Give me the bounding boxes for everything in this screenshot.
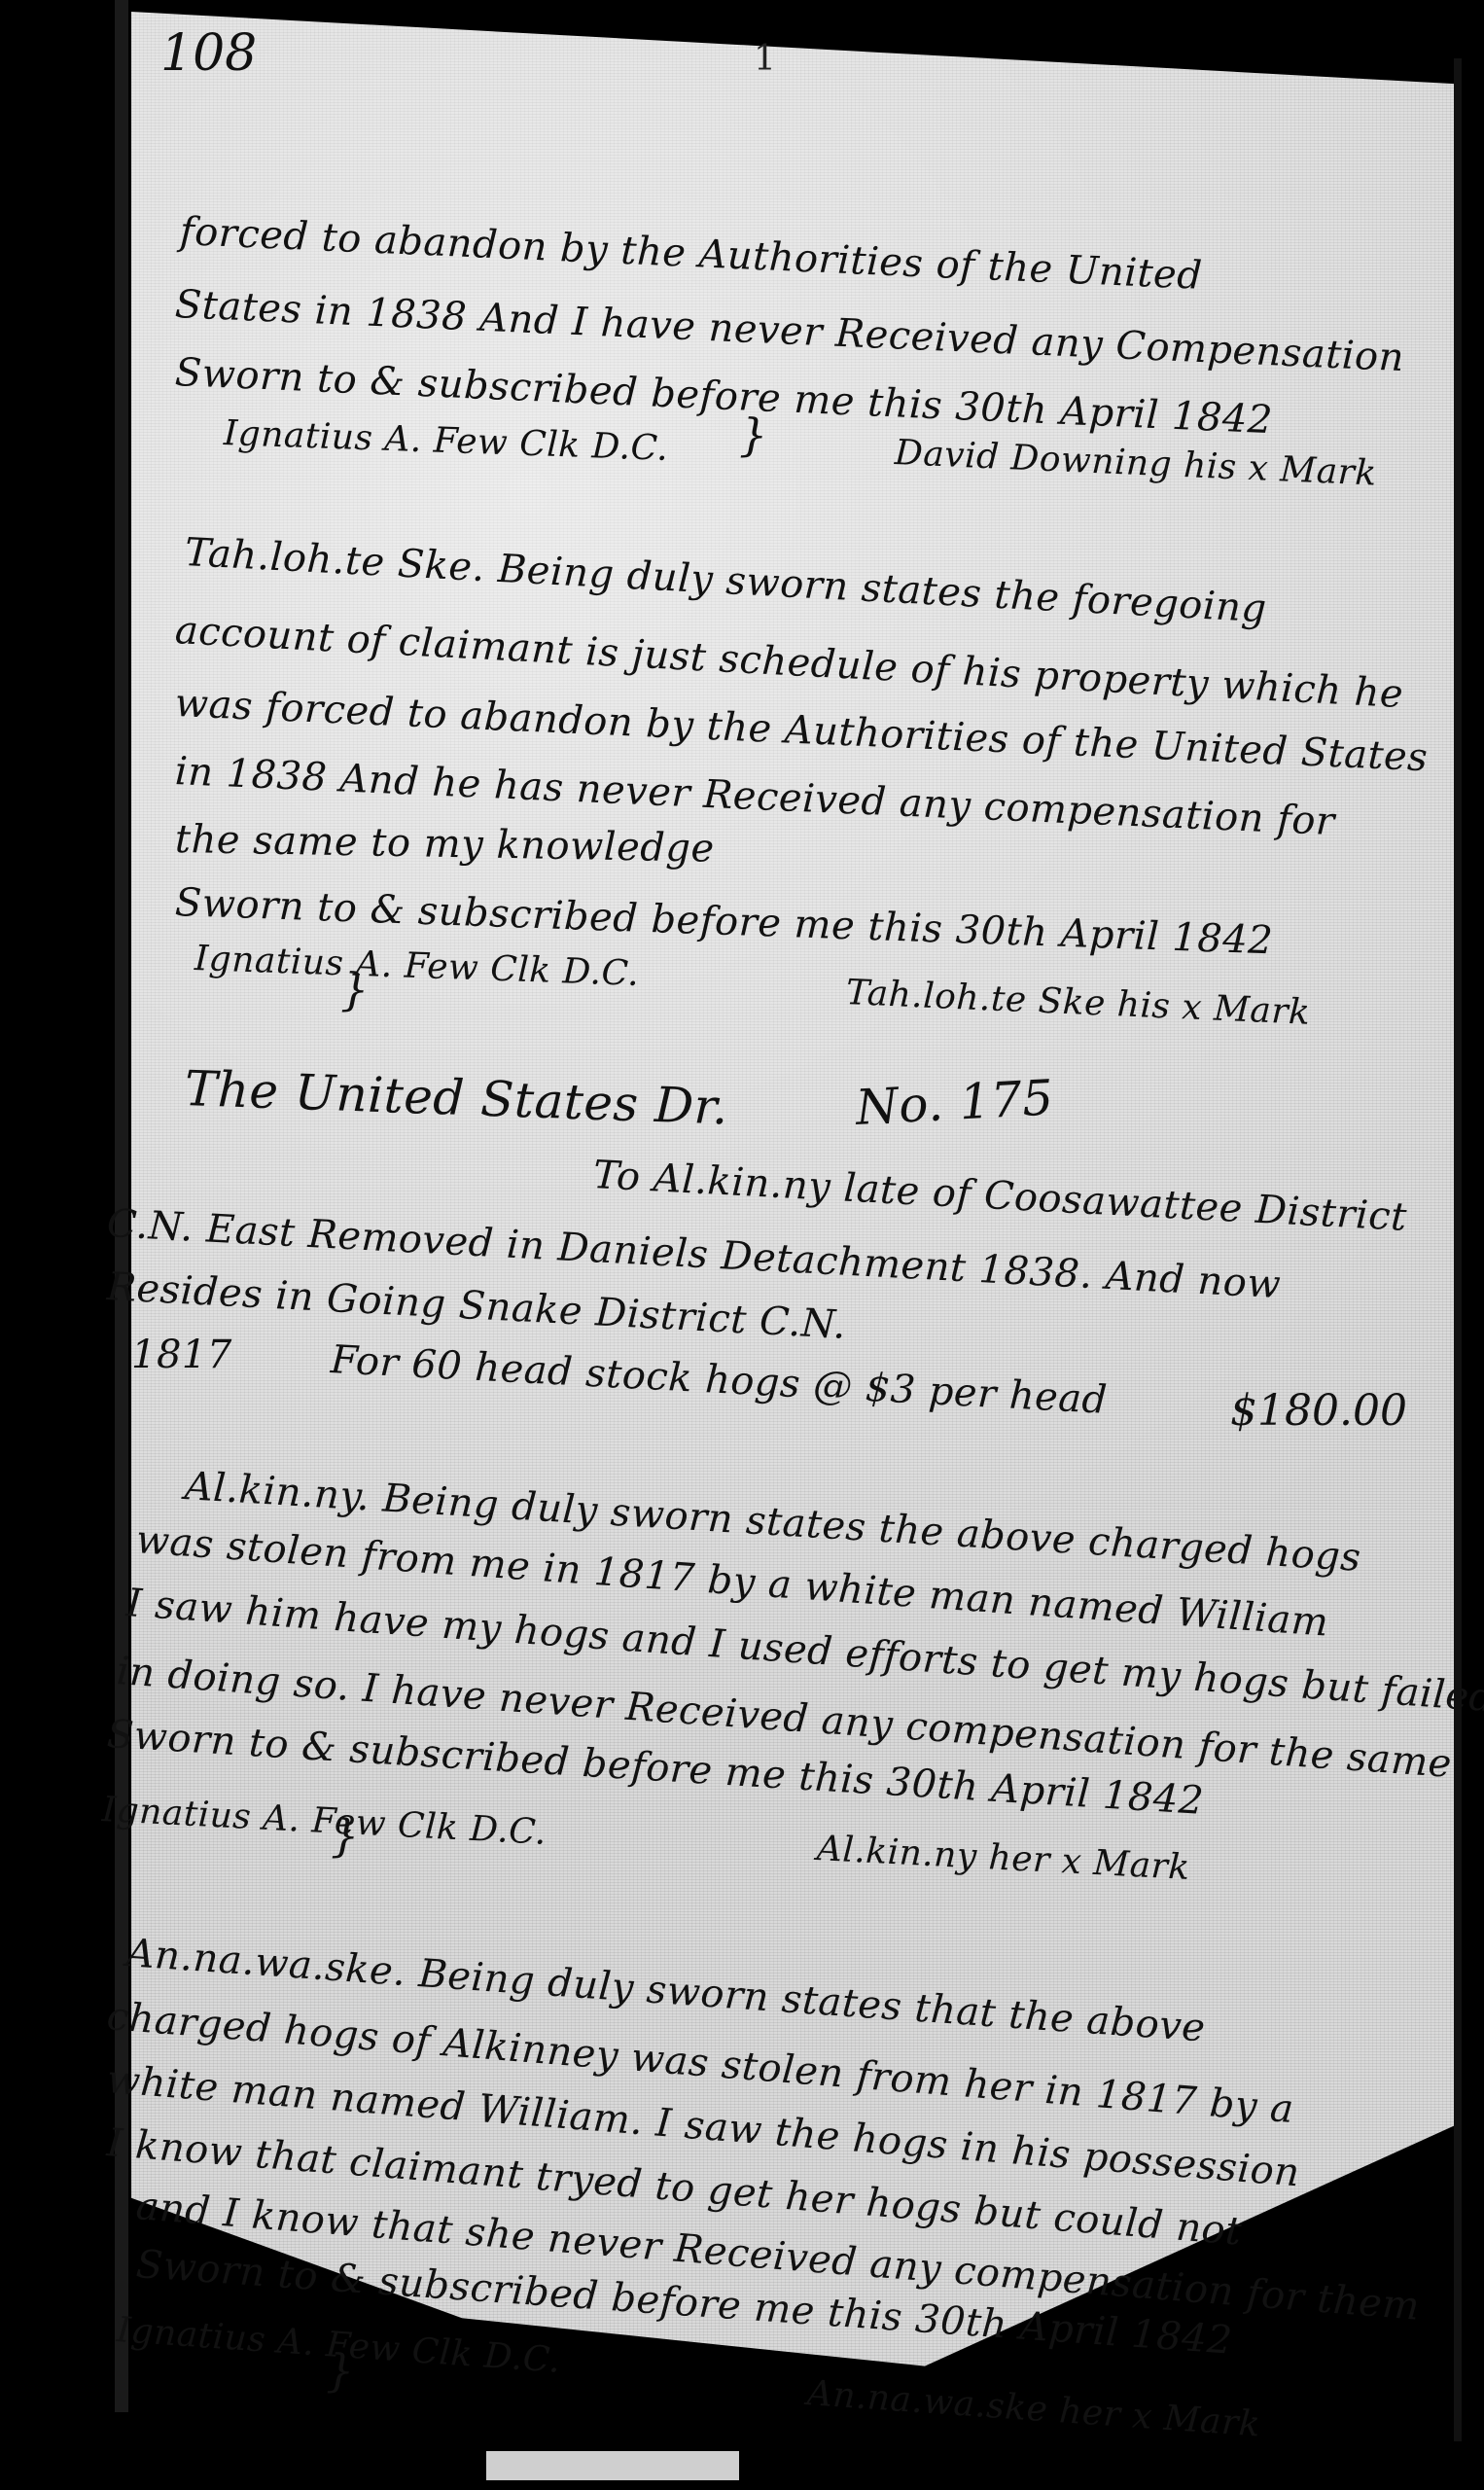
brace-mark: } xyxy=(340,963,370,1015)
brace-mark: } xyxy=(739,409,768,461)
line-item-amount: $180.00 xyxy=(1230,1386,1407,1436)
page-tab xyxy=(486,2451,739,2480)
page-right-edge xyxy=(1454,58,1462,2441)
top-mark: 1 xyxy=(754,39,776,79)
brace-mark: } xyxy=(326,2344,355,2397)
line-item-year: 1817 xyxy=(131,1333,232,1377)
claimant-signature: An.na.wa.ske her x Mark xyxy=(806,2373,1262,2444)
claim-number: No. 175 xyxy=(854,1069,1054,1136)
page-number: 108 xyxy=(160,24,257,83)
brace-mark: } xyxy=(331,1809,360,1862)
text-line: the same to my knowledge xyxy=(175,817,715,871)
